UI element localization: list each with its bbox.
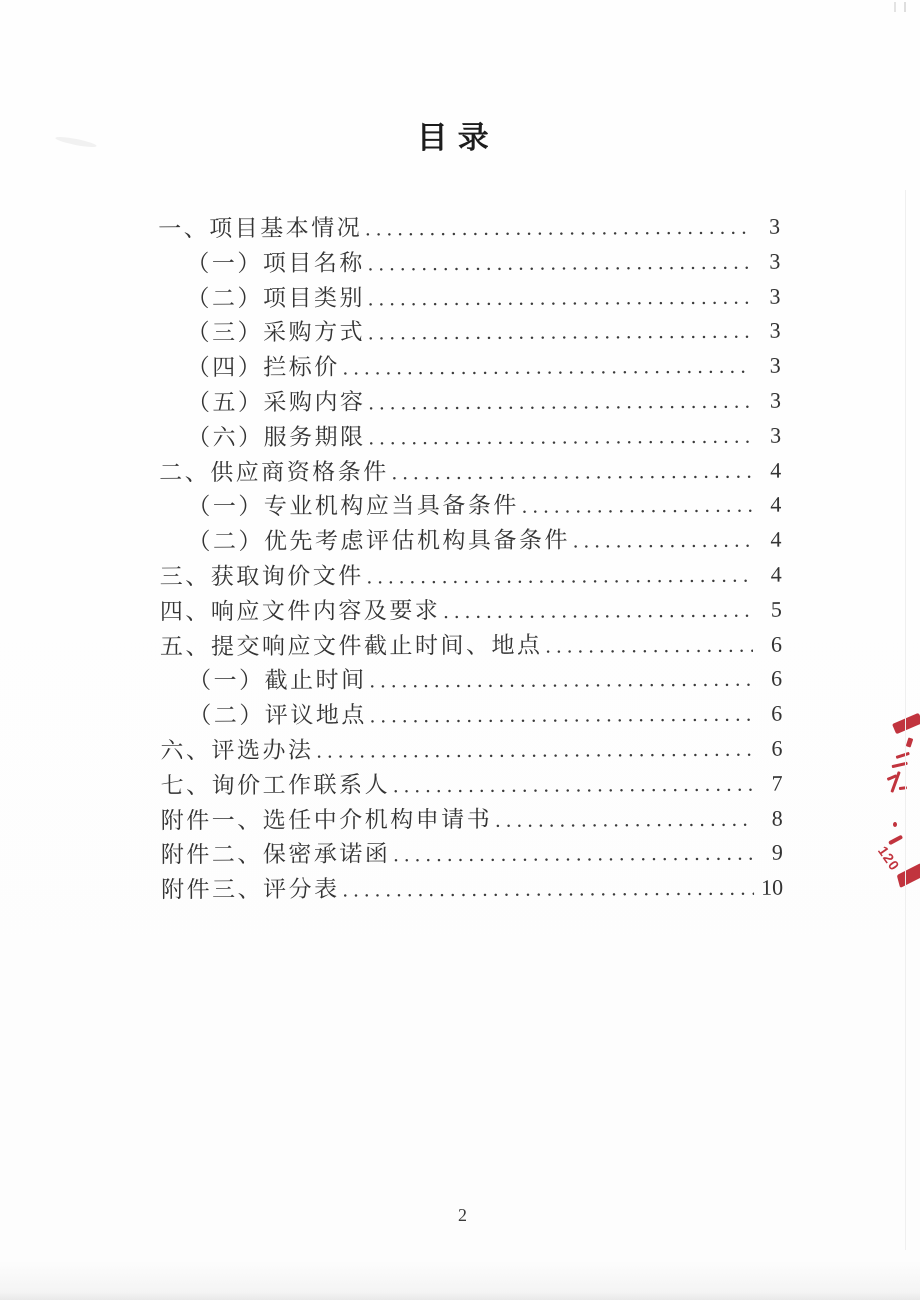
toc-entry-page-number: 3 <box>752 314 781 349</box>
toc-entry-label: 一、项目基本情况 <box>158 211 362 247</box>
toc-leader-dots: ........................................… <box>390 766 754 802</box>
toc-leader-dots: ........................................… <box>440 592 753 628</box>
toc-entry-page-number: 3 <box>751 279 780 314</box>
toc-entry-page-number: 6 <box>753 662 782 697</box>
toc-entry-page-number: 3 <box>751 244 780 279</box>
toc-entry-page-number: 10 <box>754 871 783 906</box>
toc-entry-page-number: 4 <box>752 523 781 558</box>
toc-entry-page-number: 9 <box>754 836 783 871</box>
toc-entry-label: （二）优先考虑评估机构具备条件 <box>187 524 570 560</box>
toc-leader-dots: ........................................… <box>542 627 753 663</box>
toc-entry: 三、获取询价文件................................… <box>160 558 782 596</box>
toc-entry-label: （一）截止时间 <box>188 664 367 700</box>
toc-entry-label: （二）项目类别 <box>186 281 365 317</box>
toc-entry: 附件二、保密承诺函...............................… <box>161 836 783 874</box>
toc-leader-dots: ........................................… <box>340 349 752 386</box>
toc-entry-label: 七、询价工作联系人 <box>161 768 391 804</box>
toc-entry: 附件三、评分表.................................… <box>161 871 783 909</box>
toc-entry-page-number: 7 <box>754 766 783 801</box>
toc-entry-page-number: 4 <box>752 488 781 523</box>
toc-entry-label: 三、获取询价文件 <box>160 559 364 595</box>
scanned-document-page: 目录 一、项目基本情况.............................… <box>0 0 920 1300</box>
toc-entry-page-number: 4 <box>753 558 782 593</box>
scan-edge-line <box>905 190 906 1250</box>
toc-leader-dots: ........................................… <box>339 871 754 908</box>
toc-entry: （一）专业机构应当具备条件...........................… <box>159 488 781 526</box>
stamp-dot-icon <box>893 822 897 827</box>
toc-entry-label: 二、供应商资格条件 <box>159 455 389 491</box>
toc-entry: 二、供应商资格条件...............................… <box>159 453 781 491</box>
toc-entry-page-number: 3 <box>752 384 781 419</box>
toc-entry: 一、项目基本情况................................… <box>158 210 780 248</box>
toc-entry-label: （四）拦标价 <box>187 351 340 386</box>
toc-leader-dots: ........................................… <box>364 558 753 594</box>
toc-entry-page-number: 3 <box>752 349 781 384</box>
toc-leader-dots: ........................................… <box>570 523 753 559</box>
footer-page-number: 2 <box>2 1203 920 1228</box>
toc-entry-label: （五）采购内容 <box>187 385 366 421</box>
toc-entry-page-number: 3 <box>752 418 781 453</box>
toc-entry-label: （一）项目名称 <box>186 246 365 282</box>
toc-entry-label: 五、提交响应文件截止时间、地点 <box>160 628 543 664</box>
toc-entry-page-number: 5 <box>753 592 782 627</box>
toc-entry-label: 六、评选办法 <box>160 734 313 769</box>
toc-entry: （一）项目名称.................................… <box>158 244 780 282</box>
toc-entry-label: （六）服务期限 <box>187 420 366 456</box>
toc-entry: （三）采购方式.................................… <box>159 314 781 352</box>
toc-entry-label: （一）专业机构应当具备条件 <box>187 489 519 525</box>
toc-leader-dots: ........................................… <box>389 453 753 489</box>
toc-entry-page-number: 6 <box>753 697 782 732</box>
scan-corner-mark <box>894 2 906 12</box>
toc-entry-label: 附件一、选任中介机构申请书 <box>161 802 493 838</box>
toc-leader-dots: ........................................… <box>365 245 752 281</box>
toc-leader-dots: ........................................… <box>365 419 752 455</box>
toc-entry: 四、响应文件内容及要求.............................… <box>160 592 782 630</box>
toc-entry-page-number: 3 <box>751 210 780 245</box>
toc-entry: （五）采购内容.................................… <box>159 384 781 422</box>
scan-bottom-shade <box>0 1292 920 1300</box>
toc-entry: （二）项目类别.................................… <box>158 279 780 317</box>
toc-entry-label: （二）评议地点 <box>188 699 367 735</box>
toc-leader-dots: ........................................… <box>367 697 754 733</box>
toc-leader-dots: ........................................… <box>365 384 752 420</box>
toc-entry-page-number: 6 <box>753 732 782 767</box>
toc-entry: 五、提交响应文件截止时间、地点.........................… <box>160 627 782 665</box>
page-content: 目录 一、项目基本情况.............................… <box>0 0 920 1300</box>
toc-entry-label: （三）采购方式 <box>187 316 366 352</box>
toc-entry: （二）优先考虑评估机构具备条件.........................… <box>159 523 781 561</box>
toc-entry-page-number: 6 <box>753 627 782 662</box>
toc-entry: （六）服务期限.................................… <box>159 418 781 456</box>
toc-entry-label: 附件三、评分表 <box>161 873 340 909</box>
toc-entry: （四）拦标价..................................… <box>159 349 781 387</box>
toc-list: 一、项目基本情况................................… <box>158 210 783 909</box>
toc-entry: （一）截止时间.................................… <box>160 662 782 700</box>
toc-entry: 附件一、选任中介机构申请书...........................… <box>161 801 783 839</box>
toc-leader-dots: ........................................… <box>519 488 753 524</box>
toc-leader-dots: ........................................… <box>367 662 754 698</box>
toc-entry-page-number: 8 <box>754 801 783 836</box>
document-title: 目录 <box>0 110 918 159</box>
toc-leader-dots: ........................................… <box>365 314 752 350</box>
toc-entry-page-number: 4 <box>752 453 781 488</box>
toc-entry-label: 附件二、保密承诺函 <box>161 838 391 874</box>
toc-entry-label: 四、响应文件内容及要求 <box>160 594 441 630</box>
toc-entry: 七、询价工作联系人...............................… <box>161 766 783 804</box>
toc-leader-dots: ........................................… <box>362 210 751 246</box>
toc-entry: 六、评选办法..................................… <box>160 732 782 770</box>
toc-leader-dots: ........................................… <box>365 279 752 315</box>
toc-leader-dots: ........................................… <box>390 836 754 872</box>
toc-leader-dots: ........................................… <box>492 801 754 837</box>
toc-leader-dots: ........................................… <box>313 732 753 769</box>
toc-entry: （二）评议地点.................................… <box>160 697 782 735</box>
